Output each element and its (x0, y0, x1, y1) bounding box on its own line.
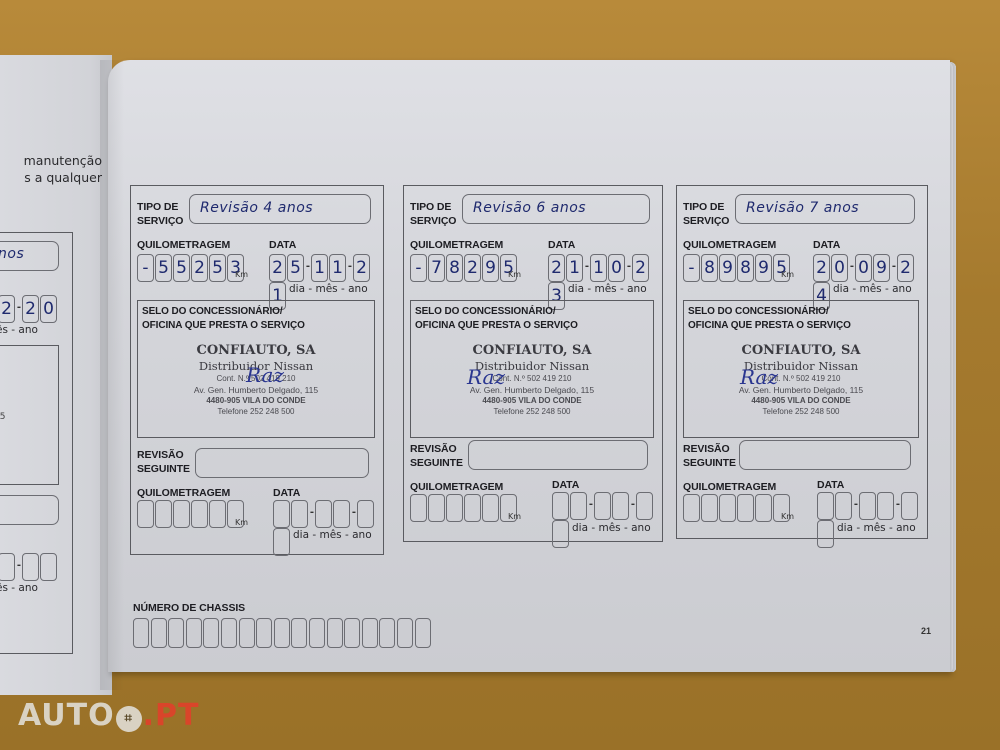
service-record-card: TIPO DESERVIÇO Revisão 6 anos QUILOMETRA… (403, 185, 663, 542)
date-digit (22, 553, 39, 581)
day-digit[interactable]: 0 (831, 254, 848, 282)
stamp-phone: Telefone 252 248 500 (411, 407, 653, 416)
mileage-label: QUILOMETRAGEM (410, 238, 503, 252)
logo-suffix: .PT (143, 698, 200, 733)
date-digit (0, 553, 15, 581)
km-unit: Km (781, 512, 794, 521)
day-digit[interactable] (273, 500, 290, 528)
digit-box[interactable] (701, 494, 718, 522)
mileage-boxes: -78295 (410, 254, 518, 282)
month-digit[interactable] (315, 500, 332, 528)
left-next-field (0, 495, 59, 525)
next-mileage-label: QUILOMETRAGEM (410, 480, 503, 494)
month-digit[interactable] (333, 500, 350, 528)
chassis-label: NÚMERO DE CHASSIS (133, 601, 245, 615)
date-label: DATA (269, 238, 296, 252)
date-digit: 2 (22, 295, 39, 323)
digit-box[interactable]: 5 (173, 254, 190, 282)
km-unit: Km (508, 512, 521, 521)
month-digit[interactable]: 0 (855, 254, 872, 282)
service-type-field[interactable]: Revisão 7 anos (735, 194, 915, 224)
dealer-stamp-area: SELO DO CONCESSIONÁRIO/OFICINA QUE PREST… (410, 300, 654, 438)
stamp-phone: Telefone 252 248 500 (684, 407, 918, 416)
stamp-subtitle: Distribuidor Nissan (684, 359, 918, 373)
digit-box[interactable]: 5 (209, 254, 226, 282)
next-mileage-boxes (683, 494, 791, 522)
chassis-number-boxes (133, 618, 432, 652)
next-date-label: DATA (273, 486, 300, 500)
km-unit: Km (235, 518, 248, 527)
date-format-caption: dia - mês - ano (833, 283, 912, 295)
digit-box[interactable]: - (137, 254, 154, 282)
month-digit[interactable]: 0 (608, 254, 625, 282)
left-page: manutenção s a qualquer nos 2-20 ês - an… (0, 55, 112, 695)
digit-box[interactable] (137, 500, 154, 528)
digit-box[interactable] (155, 500, 172, 528)
logo-text: AUTO (18, 698, 115, 733)
digit-box[interactable] (464, 494, 481, 522)
digit-box[interactable]: 9 (719, 254, 736, 282)
day-digit[interactable]: 5 (287, 254, 304, 282)
book-gutter (100, 60, 124, 690)
chassis-digit-box[interactable] (344, 618, 360, 648)
chassis-digit-box[interactable] (274, 618, 290, 648)
stamp-city: 4480-905 VILA DO CONDE (138, 396, 374, 405)
service-record-card: TIPO DESERVIÇO Revisão 7 anos QUILOMETRA… (676, 185, 928, 539)
next-mileage-boxes (137, 500, 245, 528)
chassis-digit-box[interactable] (327, 618, 343, 648)
stamp-company: CONFIAUTO, SA (138, 343, 374, 358)
next-mileage-label: QUILOMETRAGEM (683, 480, 776, 494)
month-digit[interactable]: 1 (311, 254, 328, 282)
next-date-label: DATA (552, 478, 579, 492)
service-type-field[interactable]: Revisão 6 anos (462, 194, 650, 224)
service-type-label: TIPO DESERVIÇO (137, 200, 183, 228)
auto-pt-logo: AUTO⌗.PT (18, 698, 199, 733)
km-unit: Km (781, 270, 794, 279)
left-next-date-fragment: - (0, 553, 58, 581)
digit-box[interactable] (737, 494, 754, 522)
stamp-title: SELO DO CONCESSIONÁRIO/OFICINA QUE PREST… (415, 305, 578, 333)
day-digit[interactable] (817, 492, 834, 520)
month-digit[interactable]: 9 (873, 254, 890, 282)
signature: Raz (467, 365, 505, 389)
year-digit[interactable] (636, 492, 653, 520)
digit-box[interactable]: - (410, 254, 427, 282)
stamp-subtitle: Distribuidor Nissan (411, 359, 653, 373)
stamp-company: CONFIAUTO, SA (411, 343, 653, 358)
gear-shift-icon: ⌗ (116, 706, 142, 732)
date-digit (40, 553, 57, 581)
chassis-digit-box[interactable] (256, 618, 272, 648)
chassis-digit-box[interactable] (186, 618, 202, 648)
stamp-title: SELO DO CONCESSIONÁRIO/OFICINA QUE PREST… (688, 305, 851, 333)
month-digit[interactable] (877, 492, 894, 520)
dealer-stamp-area: SELO DO CONCESSIONÁRIO/OFICINA QUE PREST… (137, 300, 375, 438)
year-digit[interactable]: 2 (353, 254, 370, 282)
year-digit[interactable] (552, 520, 569, 548)
month-digit[interactable] (594, 492, 611, 520)
month-digit[interactable] (859, 492, 876, 520)
chassis-digit-box[interactable] (221, 618, 237, 648)
year-digit[interactable] (901, 492, 918, 520)
next-mileage-boxes (410, 494, 518, 522)
date-format-caption: dia - mês - ano (289, 283, 368, 295)
next-service-field[interactable] (195, 448, 369, 478)
month-digit[interactable]: 1 (590, 254, 607, 282)
stamp-contrib: Cont. N.º 502 419 210 (684, 374, 918, 383)
digit-box[interactable]: 7 (428, 254, 445, 282)
next-service-field[interactable] (468, 440, 648, 470)
digit-box[interactable]: 8 (701, 254, 718, 282)
next-service-field[interactable] (739, 440, 911, 470)
stamp-address: Av. Gen. Humberto Delgado, 115 (684, 385, 918, 395)
signature: Raz (740, 365, 778, 389)
digit-box[interactable] (191, 500, 208, 528)
service-type-label: TIPO DESERVIÇO (683, 200, 729, 228)
service-type-label: TIPO DESERVIÇO (410, 200, 456, 228)
left-service-text: nos (0, 246, 24, 262)
service-type-value: Revisão 7 anos (746, 200, 859, 216)
chassis-digit-box[interactable] (133, 618, 149, 648)
next-mileage-label: QUILOMETRAGEM (137, 486, 230, 500)
left-next-date-caption: ês - ano (0, 582, 38, 594)
chassis-digit-box[interactable] (203, 618, 219, 648)
left-stamp-text: 15 (0, 412, 5, 422)
year-digit[interactable] (357, 500, 374, 528)
date-format-caption: dia - mês - ano (568, 283, 647, 295)
next-service-label: REVISÃOSEGUINTE (683, 442, 736, 470)
left-stamp-fragment: 15 (0, 345, 59, 485)
day-digit[interactable]: 1 (566, 254, 583, 282)
year-digit[interactable]: 2 (897, 254, 914, 282)
year-digit[interactable]: 2 (632, 254, 649, 282)
year-digit[interactable] (273, 528, 290, 556)
next-date-boxes: -- (273, 500, 383, 556)
digit-box[interactable] (173, 500, 190, 528)
digit-box[interactable] (719, 494, 736, 522)
digit-box[interactable]: 2 (464, 254, 481, 282)
day-digit[interactable] (552, 492, 569, 520)
km-unit: Km (235, 270, 248, 279)
service-type-value: Revisão 6 anos (473, 200, 586, 216)
day-digit[interactable] (835, 492, 852, 520)
day-digit[interactable]: 2 (548, 254, 565, 282)
chassis-digit-box[interactable] (362, 618, 378, 648)
digit-box[interactable] (683, 494, 700, 522)
day-digit[interactable]: 2 (269, 254, 286, 282)
digit-box[interactable] (446, 494, 463, 522)
digit-box[interactable]: 5 (155, 254, 172, 282)
date-label: DATA (813, 238, 840, 252)
chassis-digit-box[interactable] (151, 618, 167, 648)
stamp-address: Av. Gen. Humberto Delgado, 115 (411, 385, 653, 395)
next-date-format-caption: dia - mês - ano (837, 522, 916, 534)
next-date-boxes: -- (552, 492, 662, 548)
date-label: DATA (548, 238, 575, 252)
date-digit: 2 (0, 295, 15, 323)
dealer-stamp-area: SELO DO CONCESSIONÁRIO/OFICINA QUE PREST… (683, 300, 919, 438)
signature: Raz (246, 363, 284, 387)
left-page-text-line: manutenção (24, 153, 102, 168)
left-card-fragment: nos 2-20 ês - ano 15 - ês - ano (0, 232, 73, 654)
next-date-label: DATA (817, 478, 844, 492)
mileage-boxes: -55253 (137, 254, 245, 282)
next-service-label: REVISÃOSEGUINTE (410, 442, 463, 470)
digit-box[interactable]: 8 (446, 254, 463, 282)
digit-box[interactable] (410, 494, 427, 522)
chassis-digit-box[interactable] (309, 618, 325, 648)
chassis-digit-box[interactable] (379, 618, 395, 648)
date-digit: 0 (40, 295, 57, 323)
next-service-label: REVISÃOSEGUINTE (137, 448, 190, 476)
digit-box[interactable] (209, 500, 226, 528)
chassis-digit-box[interactable] (415, 618, 431, 648)
digit-box[interactable] (755, 494, 772, 522)
digit-box[interactable] (428, 494, 445, 522)
stamp-city: 4480-905 VILA DO CONDE (411, 396, 653, 405)
left-service-field: nos (0, 241, 59, 271)
page-number: 21 (921, 626, 931, 636)
chassis-digit-box[interactable] (168, 618, 184, 648)
service-type-value: Revisão 4 anos (200, 200, 313, 216)
chassis-digit-box[interactable] (397, 618, 413, 648)
service-type-field[interactable]: Revisão 4 anos (189, 194, 371, 224)
day-digit[interactable] (291, 500, 308, 528)
digit-box[interactable]: - (683, 254, 700, 282)
chassis-digit-box[interactable] (239, 618, 255, 648)
km-unit: Km (508, 270, 521, 279)
day-digit[interactable] (570, 492, 587, 520)
left-date-caption: ês - ano (0, 324, 38, 336)
stamp-city: 4480-905 VILA DO CONDE (684, 396, 918, 405)
mileage-label: QUILOMETRAGEM (137, 238, 230, 252)
stamp-title: SELO DO CONCESSIONÁRIO/OFICINA QUE PREST… (142, 305, 305, 333)
next-date-format-caption: dia - mês - ano (572, 522, 651, 534)
left-date-fragment: 2-20 (0, 295, 58, 323)
left-page-text-line: s a qualquer (24, 170, 102, 185)
digit-box[interactable]: 9 (482, 254, 499, 282)
stamp-phone: Telefone 252 248 500 (138, 407, 374, 416)
digit-box[interactable]: 8 (737, 254, 754, 282)
next-date-boxes: -- (817, 492, 927, 548)
chassis-digit-box[interactable] (291, 618, 307, 648)
digit-box[interactable] (482, 494, 499, 522)
month-digit[interactable] (612, 492, 629, 520)
year-digit[interactable] (817, 520, 834, 548)
day-digit[interactable]: 2 (813, 254, 830, 282)
digit-box[interactable]: 2 (191, 254, 208, 282)
stamp-company: CONFIAUTO, SA (684, 343, 918, 358)
stamp-contrib: Cont. N.º 502 419 210 (411, 374, 653, 383)
mileage-label: QUILOMETRAGEM (683, 238, 776, 252)
next-date-format-caption: dia - mês - ano (293, 529, 372, 541)
service-record-card: TIPO DESERVIÇO Revisão 4 anos QUILOMETRA… (130, 185, 384, 555)
mileage-boxes: -89895 (683, 254, 791, 282)
digit-box[interactable]: 9 (755, 254, 772, 282)
month-digit[interactable]: 1 (329, 254, 346, 282)
